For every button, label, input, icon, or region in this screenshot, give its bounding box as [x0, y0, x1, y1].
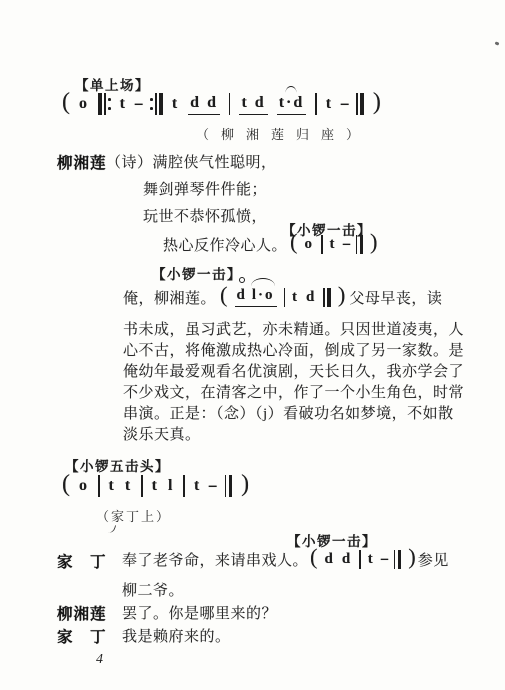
- note: t: [120, 95, 127, 113]
- servant-line-1-cont: 柳二爷。: [122, 579, 184, 600]
- barline: [315, 93, 317, 115]
- note: t: [194, 477, 201, 495]
- note: d: [325, 551, 335, 568]
- music-line-inline: ( d l·o t d ): [220, 286, 345, 309]
- ornament-arc: [286, 86, 297, 93]
- close-paren: ): [338, 284, 346, 307]
- open-paren: (: [310, 546, 318, 569]
- page-number: 4: [96, 652, 103, 668]
- monologue-line-2: 书未成，虽习武艺，亦未精通。只因世道凌夷，人: [123, 320, 464, 341]
- slur-arc: [251, 278, 275, 286]
- dash-note: -: [134, 95, 144, 113]
- percussion-label-gong-five-hits: 【小锣五击头】: [65, 455, 170, 475]
- dash-note: -: [341, 236, 351, 253]
- monologue-line-6: 串演。正是：（念）（j）看破功名如梦境，不如散: [123, 404, 464, 425]
- open-paren: (: [220, 284, 228, 307]
- beamed-note-group: d d: [188, 94, 220, 115]
- note: o: [305, 236, 315, 253]
- note: d: [306, 289, 316, 306]
- speaker-liu-xianglian: 柳湘莲: [57, 151, 107, 173]
- servant-line-1-row: 奉了老爷命，来请串戏人。 ( d d t - ) 参见: [122, 548, 449, 571]
- monologue-line-4: 俺幼年最爱观看名优演剧，天长日久，我亦学会了: [123, 362, 464, 383]
- note: t: [326, 95, 333, 113]
- score-page: 【单上场】 ( o t - t d d t d t·d t - ) （柳湘莲归座…: [0, 0, 505, 690]
- scan-artifact: [495, 41, 500, 45]
- music-line-entrance: ( o t - t d d t d t·d t - ): [62, 92, 381, 116]
- close-paren: ): [241, 472, 249, 496]
- poem-line-2: 舞剑弹琴件件能；: [143, 178, 267, 199]
- monologue-block: 俺，柳湘莲。 ( d l·o t d ) 父母早丧，读 书未成，虽习武艺，亦未精…: [123, 286, 464, 446]
- percussion-label-solo-entrance: 【单上场】: [75, 74, 150, 94]
- music-line-five-hits: ( o t t t l t - ): [62, 474, 249, 498]
- open-paren: (: [62, 90, 70, 114]
- speaker-servant-2: 家 丁: [57, 625, 107, 647]
- dash-note: -: [340, 95, 350, 113]
- ringed-note: d: [237, 287, 247, 304]
- note: t: [368, 551, 375, 568]
- stage-direction-servant-enters: （家丁上）: [96, 506, 171, 525]
- open-paren: (: [290, 231, 298, 254]
- note: o: [79, 477, 89, 495]
- barline: [229, 93, 231, 115]
- dash-note: -: [208, 477, 218, 495]
- liu-line-2: 罢了。你是哪里来的？: [122, 602, 277, 623]
- barline: [284, 288, 286, 307]
- stage-direction-liu-takes-seat: （柳湘莲归座）: [196, 124, 371, 143]
- final-barline: [225, 475, 233, 497]
- note: t: [152, 477, 159, 495]
- slurred-notes: l·o: [252, 287, 275, 304]
- note: l: [168, 477, 174, 495]
- barline: [98, 475, 100, 497]
- speaker-liu-xianglian-2: 柳湘莲: [57, 602, 107, 624]
- music-line-servant: ( d d t - ): [310, 548, 416, 571]
- music-line-gong-a: ( o t - ): [290, 233, 378, 256]
- monologue-line-7: 淡乐天真。: [123, 425, 464, 446]
- monologue-text: 俺，柳湘莲。: [123, 287, 216, 308]
- barline: [359, 550, 361, 569]
- note: t: [330, 236, 337, 253]
- open-paren: (: [62, 472, 70, 496]
- note: o: [79, 95, 89, 113]
- monologue-line-1: 俺，柳湘莲。 ( d l·o t d ) 父母早丧，读: [123, 286, 464, 309]
- note: d: [342, 551, 352, 568]
- note: t: [292, 289, 299, 306]
- barline: [141, 475, 143, 497]
- percussion-label-gong-one-hit-2: 【小锣一击】: [152, 263, 242, 283]
- close-paren: ): [373, 90, 381, 114]
- percussion-label-gong-one-hit-3: 【小锣一击】: [287, 530, 377, 550]
- note: t: [125, 477, 132, 495]
- poem-line-4: 热心反作冷心人。: [163, 234, 287, 255]
- servant-line-2: 我是赖府来的。: [122, 625, 231, 646]
- beamed-note-group: t d: [239, 94, 267, 115]
- close-paren: ): [370, 231, 378, 254]
- ring-ornament: [239, 277, 245, 283]
- scan-artifact: [106, 523, 116, 534]
- monologue-line-3: 心不古，将俺激成热心冷面，倒成了另一家数。是: [123, 341, 464, 362]
- servant-text: 奉了老爷命，来请串戏人。: [122, 549, 308, 570]
- repeat-end-barline: [150, 93, 163, 115]
- monologue-text: 父母早丧，读: [349, 287, 442, 308]
- note: t: [109, 477, 116, 495]
- final-barline: [356, 93, 364, 115]
- dash-note: -: [379, 551, 389, 568]
- final-barline: [394, 550, 402, 569]
- beamed-note-group: d l·o: [235, 287, 277, 307]
- final-barline: [323, 288, 331, 307]
- barline: [183, 475, 185, 497]
- poem-line-1: （诗）满腔侠气性聪明，: [106, 151, 277, 172]
- barline: [321, 235, 323, 254]
- servant-text: 参见: [418, 549, 449, 570]
- close-paren: ): [408, 546, 416, 569]
- note: t: [172, 95, 179, 113]
- poem-line-3: 玩世不恭怀孤愤，: [143, 205, 267, 226]
- beamed-note-group: t·d: [277, 94, 307, 115]
- repeat-start-barline: [98, 93, 111, 115]
- poem-line-4-row: 热心反作冷心人。 ( o t - ): [163, 233, 378, 256]
- speaker-servant: 家 丁: [57, 550, 107, 572]
- final-barline: [356, 235, 364, 254]
- monologue-line-5: 不少戏文，在清客之中，作了一个小生角色，时常: [123, 383, 464, 404]
